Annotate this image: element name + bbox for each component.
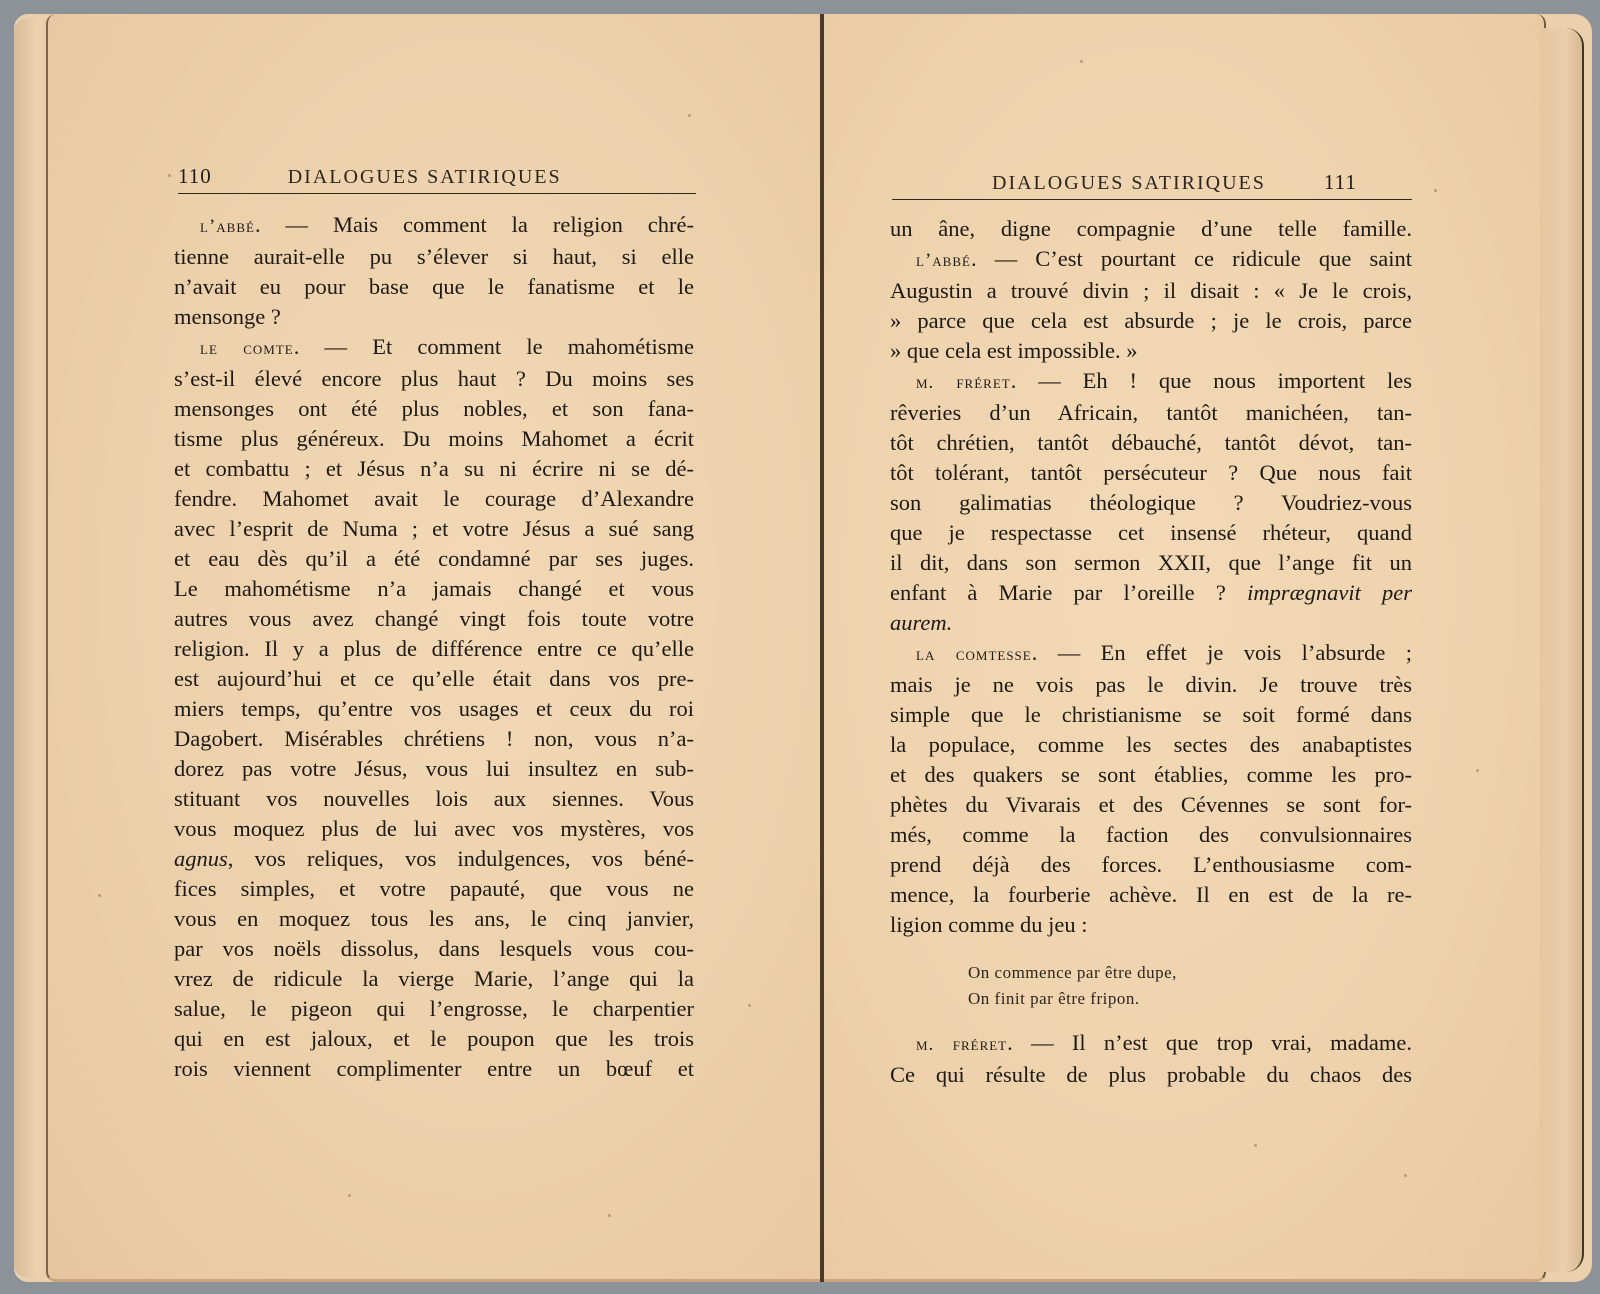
text-line: Dagobert. Misérables chrétiens ! non, vo… [174, 724, 694, 754]
text-line: la populace, comme les sectes des anabap… [890, 730, 1412, 760]
text-line: stituant vos nouvelles lois aux siennes.… [174, 784, 694, 814]
page-number-right: 111 [1324, 170, 1357, 194]
page-number-left: 110 [178, 164, 212, 188]
text-line: ligion comme du jeu : [890, 910, 1412, 940]
latin-quote: imprægnavit per [1247, 580, 1412, 605]
foxing-spot [1080, 60, 1083, 63]
running-title-left: DIALOGUES SATIRIQUES [288, 166, 562, 188]
text-line: » que cela est impossible. » [890, 336, 1412, 366]
foxing-spot [1476, 769, 1479, 772]
foxing-spot [98, 894, 101, 897]
speaker-label: M. FRÉRET [916, 1034, 1007, 1055]
text-line: agnus, vos reliques, vos indulgences, vo… [174, 844, 694, 874]
text-line: vrez de ridicule la vierge Marie, l’ange… [174, 964, 694, 994]
right-text-column: un âne, digne compagnie d’une telle fami… [890, 214, 1412, 1090]
text-line: son galimatias théologique ? Voudriez-vo… [890, 488, 1412, 518]
speaker-label: LE COMTE [200, 338, 294, 359]
foxing-spot [1254, 1144, 1257, 1147]
text-line: un âne, digne compagnie d’une telle fami… [890, 214, 1412, 244]
text-line: LA COMTESSE. — En effet je vois l’absurd… [890, 638, 1412, 670]
text-line: Le mahométisme n’a jamais changé et vous [174, 574, 694, 604]
speaker-label: L’ABBÉ [200, 216, 255, 237]
text-line: et combattu ; et Jésus n’a su ni écrire … [174, 454, 694, 484]
text-line: rêveries d’un Africain, tantôt manichéen… [890, 398, 1412, 428]
text-line: est aujourd’hui et ce qu’elle était dans… [174, 664, 694, 694]
header-rule-right [892, 199, 1412, 200]
text-line: fendre. Mahomet avait le courage d’Alexa… [174, 484, 694, 514]
verse-line: On finit par être fripon. [968, 986, 1412, 1012]
foxing-spot [608, 1214, 611, 1217]
text-line: s’est-il élevé encore plus haut ? Du moi… [174, 364, 694, 394]
text-line: aurem. [890, 608, 1412, 638]
text-line-rest: , vos reliques, vos indulgences, vos bén… [228, 846, 694, 871]
foxing-spot [348, 1194, 351, 1197]
text-line: qui en est jaloux, et le poupon que les … [174, 1024, 694, 1054]
speaker-label: LA COMTESSE [916, 644, 1032, 665]
text-line: més, comme la faction des convulsionnair… [890, 820, 1412, 850]
text-line: tisme plus généreux. Du moins Mahomet a … [174, 424, 694, 454]
text-line: vous en moquez tous les ans, le cinq jan… [174, 904, 694, 934]
text-line: par vos noëls dissolus, dans lesquels vo… [174, 934, 694, 964]
text-line: mence, la fourberie achève. Il en est de… [890, 880, 1412, 910]
text-line: M. FRÉRET. — Il n’est que trop vrai, mad… [890, 1028, 1412, 1060]
text-line: il dit, dans son sermon XXII, que l’ange… [890, 548, 1412, 578]
text-line: et des quakers se sont établies, comme l… [890, 760, 1412, 790]
text-line: phètes du Vivarais et des Cévennes se so… [890, 790, 1412, 820]
page-edges-right [1540, 28, 1584, 1272]
page-right: DIALOGUES SATIRIQUES 111 un âne, digne c… [824, 14, 1546, 1282]
running-title-right: DIALOGUES SATIRIQUES [992, 172, 1266, 194]
left-text-column: L’ABBÉ. — Mais comment la religion chré-… [174, 210, 694, 1084]
text-line: L’ABBÉ. — Mais comment la religion chré- [174, 210, 694, 242]
text-line: autres vous avez changé vingt fois toute… [174, 604, 694, 634]
foxing-spot [1434, 189, 1437, 192]
italic-word: agnus [174, 846, 228, 871]
text-line: tôt chrétien, tantôt débauché, tantôt dé… [890, 428, 1412, 458]
text-line: salue, le pigeon qui l’engrosse, le char… [174, 994, 694, 1024]
speaker-label: M. FRÉRET [916, 372, 1011, 393]
text-line: L’ABBÉ. — C’est pourtant ce ridicule que… [890, 244, 1412, 276]
text-line: miers temps, qu’entre vos usages et ceux… [174, 694, 694, 724]
foxing-spot [1404, 1174, 1407, 1177]
speaker-label: L’ABBÉ [916, 250, 971, 271]
text-line: » parce que cela est absurde ; je le cro… [890, 306, 1412, 336]
text-line: religion. Il y a plus de différence entr… [174, 634, 694, 664]
text-line: mensonge ? [174, 302, 694, 332]
text-line: mensonges ont été plus nobles, et son fa… [174, 394, 694, 424]
page-left: 110 DIALOGUES SATIRIQUES L’ABBÉ. — Mais … [46, 14, 824, 1282]
foxing-spot [748, 1004, 751, 1007]
text-line: LE COMTE. — Et comment le mahométisme [174, 332, 694, 364]
text-line: tienne aurait-elle pu s’élever si haut, … [174, 242, 694, 272]
verse-line: On commence par être dupe, [968, 960, 1412, 986]
verse-quote: On commence par être dupe, On finit par … [890, 940, 1412, 1028]
text-line: tôt tolérant, tantôt persécuteur ? Que n… [890, 458, 1412, 488]
header-rule-left [178, 193, 696, 194]
open-book: 110 DIALOGUES SATIRIQUES L’ABBÉ. — Mais … [14, 14, 1592, 1282]
right-header: DIALOGUES SATIRIQUES 111 [992, 170, 1357, 195]
text-line: vous moquez plus de lui avec vos mystère… [174, 814, 694, 844]
text-line: Augustin a trouvé divin ; il disait : « … [890, 276, 1412, 306]
text-line: Ce qui résulte de plus probable du chaos… [890, 1060, 1412, 1090]
text-line: et eau dès qu’il a été condamné par ses … [174, 544, 694, 574]
left-header: 110 DIALOGUES SATIRIQUES [178, 164, 562, 189]
text-line: simple que le christianisme se soit form… [890, 700, 1412, 730]
text-line: avec l’esprit de Numa ; et votre Jésus a… [174, 514, 694, 544]
text-line: enfant à Marie par l’oreille ? imprægnav… [890, 578, 1412, 608]
text-line: n’avait eu pour base que le fanatisme et… [174, 272, 694, 302]
text-line: M. FRÉRET. — Eh ! que nous importent les [890, 366, 1412, 398]
text-line: que je respectasse cet insensé rhéteur, … [890, 518, 1412, 548]
text-line: dorez pas votre Jésus, vous lui insultez… [174, 754, 694, 784]
text-line: prend déjà des forces. L’enthousiasme co… [890, 850, 1412, 880]
text-line: mais je ne vois pas le divin. Je trouve … [890, 670, 1412, 700]
text-line: fices simples, et votre papauté, que vou… [174, 874, 694, 904]
foxing-spot [688, 114, 691, 117]
text-line: rois viennent complimenter entre un bœuf… [174, 1054, 694, 1084]
foxing-spot [168, 174, 171, 177]
